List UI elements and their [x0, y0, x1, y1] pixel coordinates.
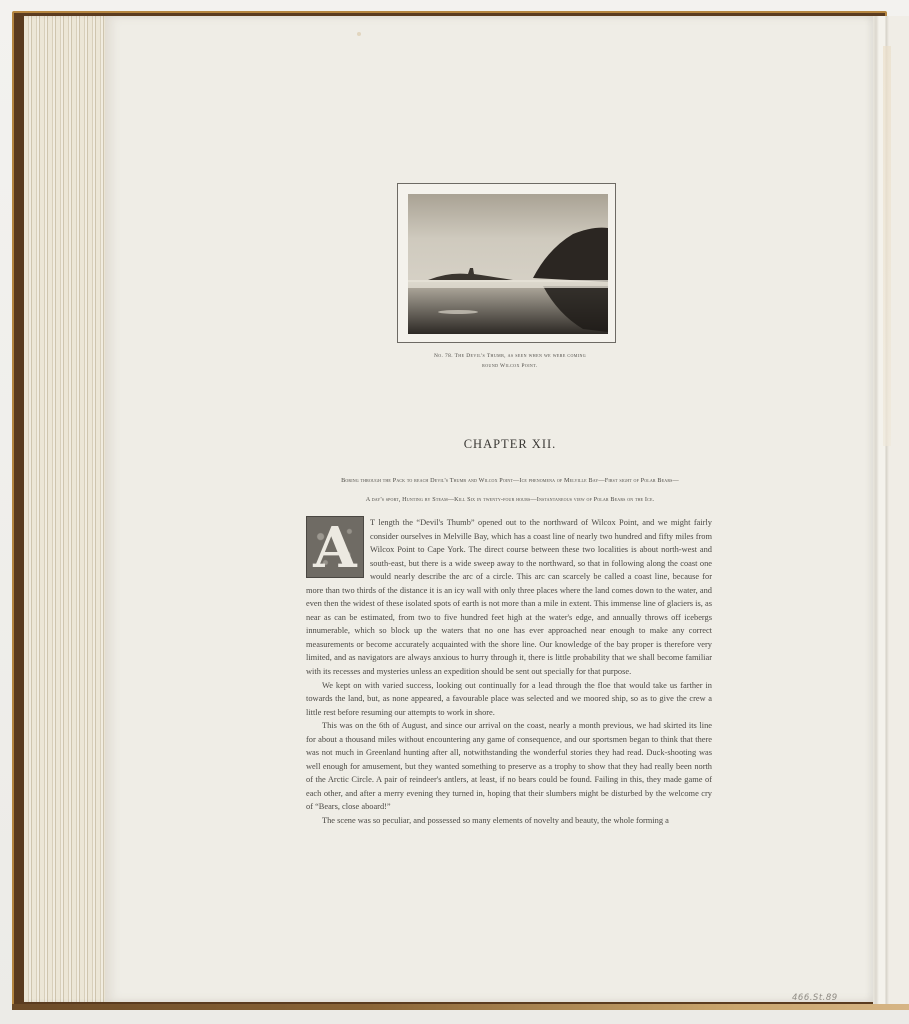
- plate-caption: No. 78. The Devil's Thumb, as seen when …: [330, 351, 690, 371]
- paragraph-3: This was on the 6th of August, and since…: [306, 719, 712, 814]
- seascape-image: [408, 194, 608, 334]
- paragraph-4: The scene was so peculiar, and possessed…: [306, 814, 712, 828]
- caption-line-2: round Wilcox Point.: [330, 361, 690, 371]
- book-bottom-edge: [12, 1004, 909, 1010]
- synopsis-line-2: A day's sport, Hunting by Steam—Kill Six…: [300, 490, 720, 509]
- dropcap-letter: A: [307, 517, 363, 577]
- paragraph-2: We kept on with varied success, looking …: [306, 679, 712, 720]
- caption-line-1: No. 78. The Devil's Thumb, as seen when …: [330, 351, 690, 361]
- ornamental-dropcap: A: [306, 516, 364, 578]
- synopsis-line-1: Boring through the Pack to reach Devil's…: [300, 471, 720, 490]
- page-edges-stack: [24, 16, 110, 1002]
- photo-plate: [397, 183, 616, 343]
- plate-photograph: [408, 194, 608, 334]
- chapter-synopsis: Boring through the Pack to reach Devil's…: [300, 471, 720, 509]
- foxing-stain: [883, 46, 891, 446]
- book-page: [105, 16, 873, 1002]
- paragraph-1: T length the “Devil's Thumb” opened out …: [306, 516, 712, 679]
- foxing-spot: [357, 32, 361, 36]
- pencil-annotation: 466.St.89: [792, 993, 838, 1003]
- chapter-body: A T length the “Devil's Thumb” opened ou…: [306, 516, 712, 828]
- chapter-title: CHAPTER XII.: [330, 437, 690, 452]
- right-page-leaves: [873, 16, 909, 1006]
